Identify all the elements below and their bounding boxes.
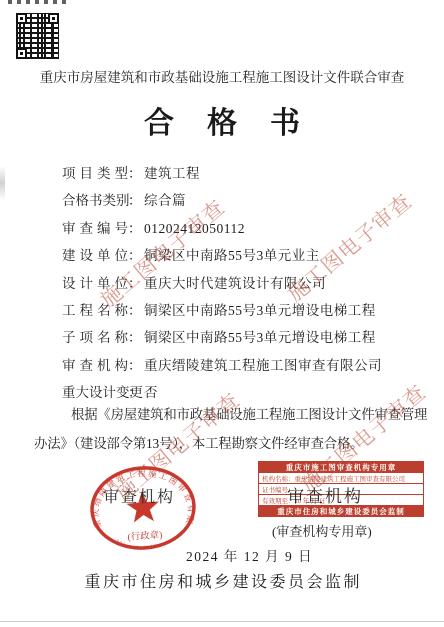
field-row: 审查编号：01202412050112 — [62, 215, 432, 242]
field-value: 01202412050112 — [144, 221, 245, 236]
statement-paragraph: 根据《房屋建筑和市政基础设施工程施工图设计文件审查管理办法》（建设部令第13号）… — [34, 401, 428, 458]
field-label: 审查机构 — [62, 352, 128, 379]
qr-finder-icon — [16, 48, 27, 59]
field-label: 工程名称 — [62, 297, 128, 324]
field-value: 铜梁区中南路55号3单元业主 — [144, 248, 320, 263]
round-seal: 重庆缙陵建筑工程施工图审查有限公司 (行政章) 051ue1807933 — [84, 459, 202, 557]
qr-finder-icon — [16, 13, 27, 24]
issue-date: 2024 年 12 月 9 日 — [186, 545, 313, 565]
field-value: 重庆大时代建筑设计有限公司 — [144, 276, 326, 291]
field-colon: ： — [128, 187, 141, 214]
field-value: 否 — [144, 385, 158, 400]
field-row: 子项名称：铜梁区中南路55号3单元增设电梯工程 — [62, 324, 432, 351]
field-row: 建设单位：铜梁区中南路55号3单元业主 — [62, 242, 432, 269]
field-colon: ： — [128, 324, 141, 351]
field-colon: ： — [128, 270, 141, 297]
field-colon: ： — [128, 297, 141, 324]
field-label: 项目类型 — [62, 160, 128, 187]
qr-finder-icon — [48, 13, 59, 24]
field-label: 合格书类别 — [62, 187, 128, 214]
field-colon: ： — [128, 215, 141, 242]
field-colon: ： — [128, 242, 141, 269]
seal-subtitle: (行政章) — [127, 529, 163, 543]
field-colon: ： — [128, 352, 141, 379]
field-label: 子项名称 — [62, 324, 128, 351]
field-row: 设计单位：重庆大时代建筑设计有限公司 — [62, 270, 432, 297]
field-value: 铜梁区中南路55号3单元增设电梯工程 — [144, 330, 376, 345]
field-row: 项目类型：建筑工程 — [62, 160, 432, 187]
scan-artifact-left — [0, 166, 5, 200]
certificate-page: { "colors": { "seal_red": "#c5281c", "st… — [0, 0, 444, 627]
field-value: 重庆缙陵建筑工程施工图审查有限公司 — [144, 358, 382, 373]
stamp-caption: (审查机构专用章) — [272, 521, 372, 540]
stamp-row: 重庆市施工图审查机构专用章 — [259, 462, 423, 473]
field-label: 审查编号 — [62, 215, 128, 242]
overprint-label-left: 审查机构 — [103, 484, 175, 507]
header-title: 重庆市房屋建筑和市政基础设施工程施工图设计文件联合审查 — [0, 66, 444, 86]
field-value: 综合篇 — [144, 193, 186, 208]
page-edge-line — [0, 621, 444, 622]
field-value: 建筑工程 — [144, 166, 200, 181]
field-list: 项目类型：建筑工程 合格书类别：综合篇 审查编号：01202412050112 … — [62, 160, 432, 407]
overprint-label-right: 审查机构 — [287, 482, 363, 507]
stamp-row: 重庆市住房和城乡建设委员会监制 — [259, 506, 423, 516]
field-row: 合格书类别：综合篇 — [62, 187, 432, 214]
field-row: 审查机构：重庆缙陵建筑工程施工图审查有限公司 — [62, 352, 432, 379]
field-label: 建设单位 — [62, 242, 128, 269]
page-title: 合格书 — [0, 98, 444, 142]
field-row: 工程名称：铜梁区中南路55号3单元增设电梯工程 — [62, 297, 432, 324]
footer-imprint: 重庆市住房和城乡建设委员会监制 — [0, 569, 444, 592]
field-label: 设计单位 — [62, 270, 128, 297]
field-value: 铜梁区中南路55号3单元增设电梯工程 — [144, 303, 376, 318]
qr-code-icon — [16, 13, 59, 59]
scan-artifact-top — [8, 0, 66, 4]
field-colon: ： — [128, 160, 141, 187]
